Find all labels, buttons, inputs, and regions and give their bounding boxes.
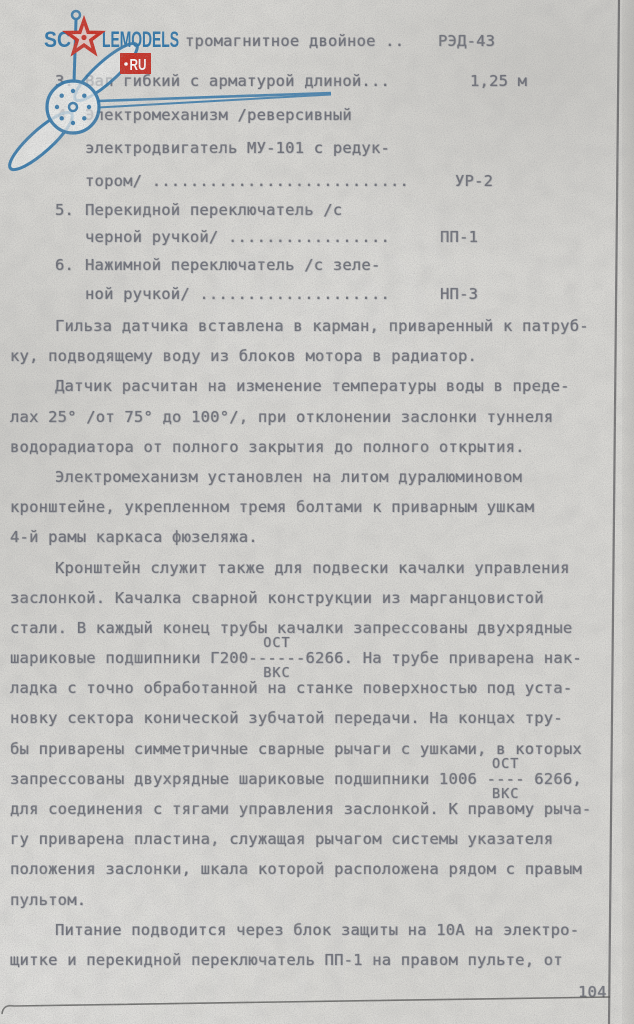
paragraph-line: Питание подводится через блок защиты на … bbox=[10, 915, 618, 945]
paragraph-line: водорадиатора от полного закрытия до пол… bbox=[10, 432, 618, 462]
paragraph-line: лах 25° /от 75° до 100°/, при отклонении… bbox=[10, 402, 618, 432]
document-page: тромагнитное двойное .. РЭД-43 3. Вал ги… bbox=[0, 0, 634, 1024]
list-item: 6. Нажимной переключатель /с зеле- bbox=[0, 256, 634, 278]
body-text: Гильза датчика вставлена в карман, прива… bbox=[10, 311, 618, 975]
list-item-text: черной ручкой/ ................. bbox=[85, 228, 390, 246]
fraction-post: 6266. На трубе приварена нак- bbox=[306, 649, 582, 667]
brand-suffix: LEMODELS bbox=[102, 27, 179, 52]
paragraph-line: щитке и перекидной переключатель ПП-1 на… bbox=[10, 945, 618, 975]
list-item-continuation: ной ручкой/ .................... НП-3 bbox=[0, 285, 634, 307]
paragraph-line: стали. В каждый конец трубы качалки запр… bbox=[10, 613, 618, 643]
list-item-continuation: черной ручкой/ ................. ПП-1 bbox=[0, 228, 634, 250]
fraction-pre: шариковые подшипники Г200 bbox=[10, 649, 248, 667]
paragraph-line: пультом. bbox=[10, 885, 618, 915]
logo-underline bbox=[98, 93, 331, 108]
list-item-value: 1,25 м bbox=[470, 72, 527, 90]
paragraph-line-with-fraction: запрессованы двухрядные шариковые подшип… bbox=[10, 764, 618, 794]
paragraph-line: положения заслонки, шкала которой распол… bbox=[10, 854, 618, 884]
list-item-text: ной ручкой/ .................... bbox=[85, 285, 390, 303]
ost-vks-fraction: ОСТ----ВКС bbox=[487, 764, 525, 794]
list-item: 5. Перекидной переключатель /с bbox=[0, 201, 634, 223]
list-item-value: ПП-1 bbox=[440, 228, 478, 246]
list-item-number: 6. bbox=[55, 256, 74, 274]
paragraph-line: Датчик расчитан на изменение температуры… bbox=[10, 371, 618, 401]
fraction-numerator: ОСТ bbox=[492, 749, 519, 779]
list-item-text: Нажимной переключатель /с зеле- bbox=[85, 256, 381, 274]
paragraph-line: для соединения с тягами управления засло… bbox=[10, 794, 618, 824]
scalemodels-watermark: SC LEMODELS RU bbox=[0, 0, 350, 200]
paragraph-line: новку сектора конической зубчатой переда… bbox=[10, 703, 618, 733]
paragraph-line: ладка с точно обработанной на станке пов… bbox=[10, 673, 618, 703]
brand-prefix: SC bbox=[44, 27, 71, 52]
fraction-pre: запрессованы двухрядные шариковые подшип… bbox=[10, 770, 487, 788]
scan-edge-shading bbox=[622, 0, 634, 1024]
list-item-value: РЭД-43 bbox=[438, 32, 495, 50]
ru-dot-icon bbox=[124, 62, 128, 66]
paragraph-line: заслонкой. Качалка сварной конструкции и… bbox=[10, 583, 618, 613]
list-item-number: 5. bbox=[55, 201, 74, 219]
paragraph-line-with-fraction: шариковые подшипники Г200ОСТ------ВКС626… bbox=[10, 643, 618, 673]
paragraph-line: Кронштейн служит также для подвески кача… bbox=[10, 553, 618, 583]
list-item-value: НП-3 bbox=[440, 285, 478, 303]
paragraph-line: кронштейне, укрепленном тремя болтами к … bbox=[10, 492, 618, 522]
paragraph-line: Электромеханизм установлен на литом дура… bbox=[10, 462, 618, 492]
page-number: 104 bbox=[578, 983, 607, 1001]
ru-label: RU bbox=[130, 57, 147, 74]
paragraph-line: ку, подводящему воду из блоков мотора в … bbox=[10, 341, 618, 371]
ost-vks-fraction: ОСТ------ВКС bbox=[248, 643, 305, 673]
list-item-text: Перекидной переключатель /с bbox=[85, 201, 342, 219]
list-item-value: УР-2 bbox=[455, 172, 493, 190]
paragraph-line: 4-й рамы каркаса фюзеляжа. bbox=[10, 522, 618, 552]
paragraph-line: Гильза датчика вставлена в карман, прива… bbox=[10, 311, 618, 341]
fraction-post: 6266, bbox=[525, 770, 582, 788]
ru-badge: RU bbox=[120, 53, 151, 74]
fraction-denominator: ВКС bbox=[492, 779, 519, 809]
paragraph-line: гу приварена пластина, служащая рычагом … bbox=[10, 824, 618, 854]
fraction-denominator: ВКС bbox=[263, 658, 290, 688]
paragraph-line: бы приварены симметричные сварные рычаги… bbox=[10, 734, 618, 764]
fraction-numerator: ОСТ bbox=[263, 628, 290, 658]
